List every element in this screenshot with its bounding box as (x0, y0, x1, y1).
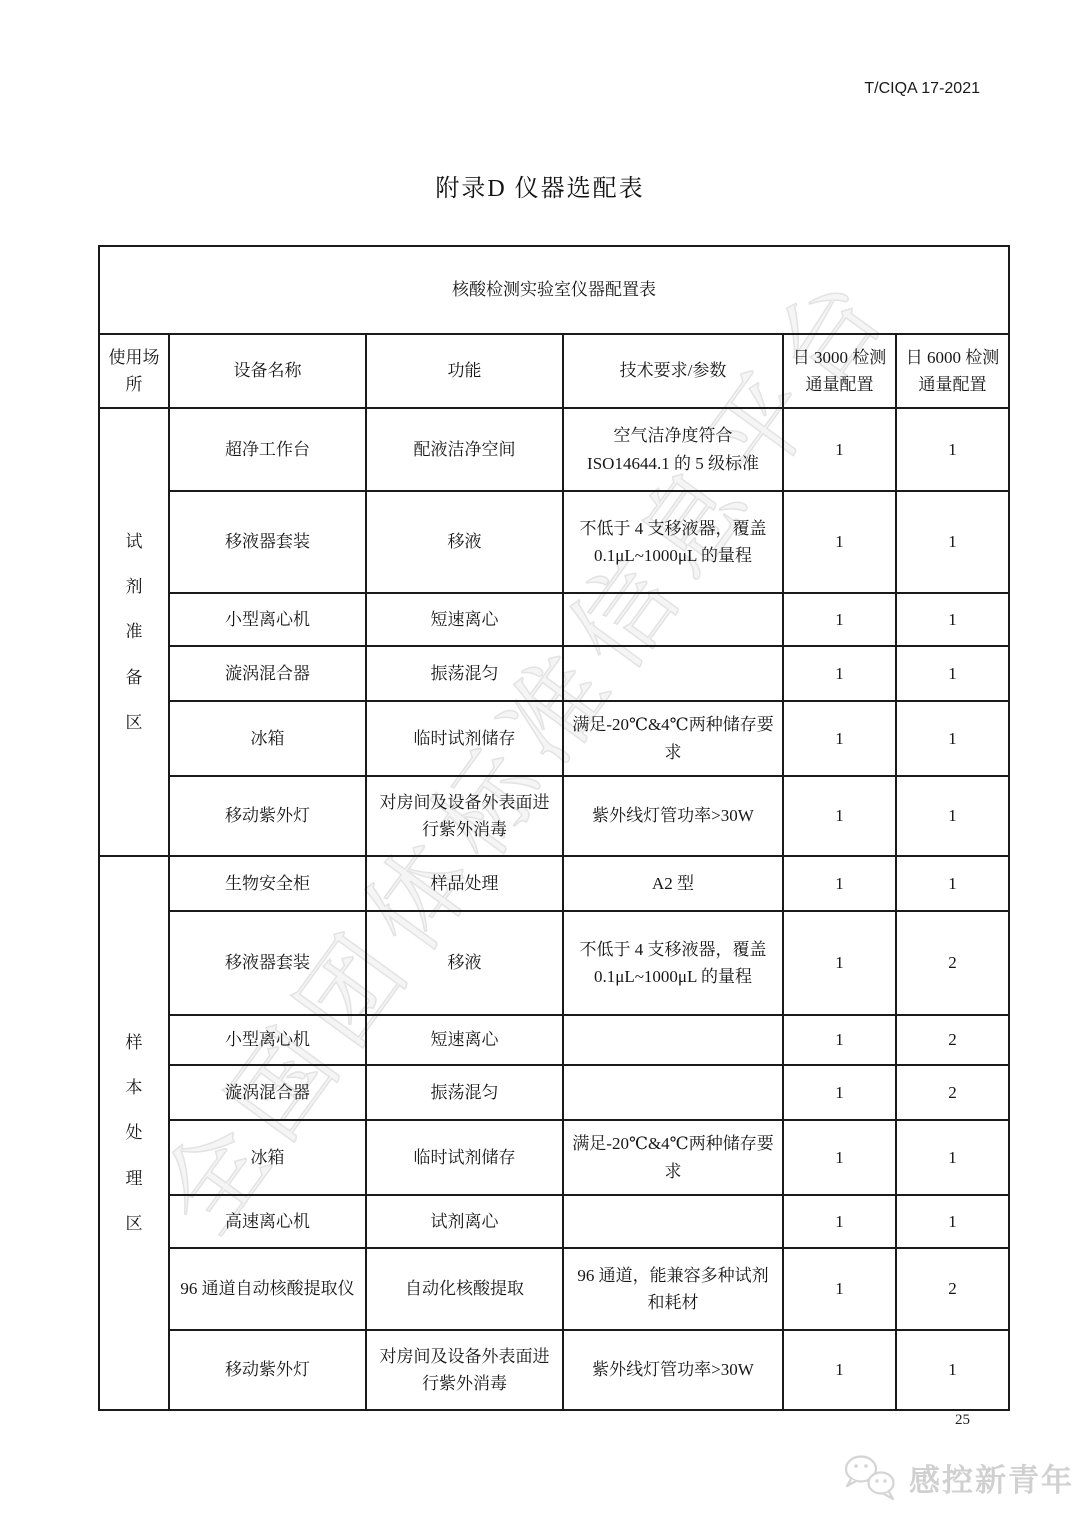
qty-6000-cell: 1 (896, 701, 1009, 776)
col-header-location: 使用场所 (99, 334, 169, 408)
table-header-row: 使用场所 设备名称 功能 技术要求/参数 日 3000 检测通量配置 日 600… (99, 334, 1009, 408)
qty-6000-cell: 1 (896, 1195, 1009, 1248)
function-cell: 短速离心 (366, 593, 563, 646)
qty-6000-cell: 1 (896, 646, 1009, 701)
device-name-cell: 漩涡混合器 (169, 1065, 366, 1120)
requirement-cell (563, 1065, 783, 1120)
function-cell: 对房间及设备外表面进行紫外消毒 (366, 1330, 563, 1410)
appendix-title: 附录D 仪器选配表 (0, 168, 1080, 203)
device-name-cell: 移液器套装 (169, 911, 366, 1015)
requirement-cell (563, 1195, 783, 1248)
qty-6000-cell: 2 (896, 1015, 1009, 1065)
function-cell: 短速离心 (366, 1015, 563, 1065)
function-cell: 临时试剂储存 (366, 1120, 563, 1195)
area-label-text: 样本处理区 (124, 1020, 144, 1245)
qty-6000-cell: 2 (896, 1065, 1009, 1120)
requirement-cell: 紫外线灯管功率>30W (563, 1330, 783, 1410)
qty-3000-cell: 1 (783, 776, 896, 856)
equipment-config-table: 核酸检测实验室仪器配置表 使用场所 设备名称 功能 技术要求/参数 日 3000… (98, 245, 1010, 1411)
col-header-3000: 日 3000 检测通量配置 (783, 334, 896, 408)
table-row: 96 通道自动核酸提取仪 自动化核酸提取 96 通道，能兼容多种试剂和耗材 1 … (99, 1248, 1009, 1330)
device-name-cell: 生物安全柜 (169, 856, 366, 911)
qty-6000-cell: 1 (896, 408, 1009, 491)
qty-3000-cell: 1 (783, 491, 896, 593)
table-row: 漩涡混合器 振荡混匀 1 1 (99, 646, 1009, 701)
function-cell: 配液洁净空间 (366, 408, 563, 491)
qty-3000-cell: 1 (783, 646, 896, 701)
table-row: 移动紫外灯 对房间及设备外表面进行紫外消毒 紫外线灯管功率>30W 1 1 (99, 1330, 1009, 1410)
qty-6000-cell: 1 (896, 593, 1009, 646)
col-header-function: 功能 (366, 334, 563, 408)
device-name-cell: 超净工作台 (169, 408, 366, 491)
qty-3000-cell: 1 (783, 701, 896, 776)
col-header-device: 设备名称 (169, 334, 366, 408)
col-header-requirements: 技术要求/参数 (563, 334, 783, 408)
table-title-row: 核酸检测实验室仪器配置表 (99, 246, 1009, 334)
device-name-cell: 高速离心机 (169, 1195, 366, 1248)
function-cell: 移液 (366, 911, 563, 1015)
table-title: 核酸检测实验室仪器配置表 (99, 246, 1009, 334)
requirement-cell: 满足-20℃&4℃两种储存要求 (563, 701, 783, 776)
requirement-cell: 紫外线灯管功率>30W (563, 776, 783, 856)
qty-6000-cell: 1 (896, 491, 1009, 593)
qty-6000-cell: 2 (896, 1248, 1009, 1330)
footer-brand-text: 感控新青年 (909, 1455, 1074, 1500)
area-label-text: 试剂准备区 (124, 519, 144, 744)
function-cell: 移液 (366, 491, 563, 593)
qty-3000-cell: 1 (783, 1065, 896, 1120)
device-name-cell: 漩涡混合器 (169, 646, 366, 701)
requirement-cell: 不低于 4 支移液器，覆盖 0.1μL~1000μL 的量程 (563, 911, 783, 1015)
qty-3000-cell: 1 (783, 856, 896, 911)
requirement-cell: 不低于 4 支移液器，覆盖 0.1μL~1000μL 的量程 (563, 491, 783, 593)
requirement-cell: 空气洁净度符合 ISO14644.1 的 5 级标准 (563, 408, 783, 491)
table-row: 移液器套装 移液 不低于 4 支移液器，覆盖 0.1μL~1000μL 的量程 … (99, 911, 1009, 1015)
table-row: 小型离心机 短速离心 1 2 (99, 1015, 1009, 1065)
table-row: 样本处理区 生物安全柜 样品处理 A2 型 1 1 (99, 856, 1009, 911)
col-header-6000: 日 6000 检测通量配置 (896, 334, 1009, 408)
doc-code: T/CIQA 17-2021 (864, 80, 980, 98)
device-name-cell: 移动紫外灯 (169, 776, 366, 856)
device-name-cell: 冰箱 (169, 701, 366, 776)
qty-3000-cell: 1 (783, 1330, 896, 1410)
requirement-cell: A2 型 (563, 856, 783, 911)
table-row: 高速离心机 试剂离心 1 1 (99, 1195, 1009, 1248)
wechat-icon (839, 1450, 901, 1504)
table-row: 移动紫外灯 对房间及设备外表面进行紫外消毒 紫外线灯管功率>30W 1 1 (99, 776, 1009, 856)
requirement-cell (563, 593, 783, 646)
qty-6000-cell: 1 (896, 856, 1009, 911)
qty-6000-cell: 1 (896, 776, 1009, 856)
table-row: 移液器套装 移液 不低于 4 支移液器，覆盖 0.1μL~1000μL 的量程 … (99, 491, 1009, 593)
qty-3000-cell: 1 (783, 911, 896, 1015)
qty-6000-cell: 2 (896, 911, 1009, 1015)
table-row: 试剂准备区 超净工作台 配液洁净空间 空气洁净度符合 ISO14644.1 的 … (99, 408, 1009, 491)
page-number: 25 (955, 1412, 970, 1429)
area-label-sample-processing: 样本处理区 (99, 856, 169, 1410)
qty-6000-cell: 1 (896, 1120, 1009, 1195)
function-cell: 振荡混匀 (366, 1065, 563, 1120)
requirement-cell: 96 通道，能兼容多种试剂和耗材 (563, 1248, 783, 1330)
device-name-cell: 移液器套装 (169, 491, 366, 593)
qty-6000-cell: 1 (896, 1330, 1009, 1410)
device-name-cell: 移动紫外灯 (169, 1330, 366, 1410)
device-name-cell: 小型离心机 (169, 593, 366, 646)
table-row: 冰箱 临时试剂储存 满足-20℃&4℃两种储存要求 1 1 (99, 701, 1009, 776)
function-cell: 振荡混匀 (366, 646, 563, 701)
requirement-cell (563, 1015, 783, 1065)
function-cell: 样品处理 (366, 856, 563, 911)
qty-3000-cell: 1 (783, 1120, 896, 1195)
area-label-reagent-prep: 试剂准备区 (99, 408, 169, 856)
function-cell: 临时试剂储存 (366, 701, 563, 776)
requirement-cell: 满足-20℃&4℃两种储存要求 (563, 1120, 783, 1195)
device-name-cell: 96 通道自动核酸提取仪 (169, 1248, 366, 1330)
qty-3000-cell: 1 (783, 1195, 896, 1248)
table-row: 冰箱 临时试剂储存 满足-20℃&4℃两种储存要求 1 1 (99, 1120, 1009, 1195)
table-row: 漩涡混合器 振荡混匀 1 2 (99, 1065, 1009, 1120)
requirement-cell (563, 646, 783, 701)
qty-3000-cell: 1 (783, 1015, 896, 1065)
table-row: 小型离心机 短速离心 1 1 (99, 593, 1009, 646)
function-cell: 试剂离心 (366, 1195, 563, 1248)
footer-brand-logo: 感控新青年 (839, 1450, 1074, 1504)
qty-3000-cell: 1 (783, 593, 896, 646)
device-name-cell: 冰箱 (169, 1120, 366, 1195)
qty-3000-cell: 1 (783, 1248, 896, 1330)
qty-3000-cell: 1 (783, 408, 896, 491)
function-cell: 自动化核酸提取 (366, 1248, 563, 1330)
device-name-cell: 小型离心机 (169, 1015, 366, 1065)
function-cell: 对房间及设备外表面进行紫外消毒 (366, 776, 563, 856)
